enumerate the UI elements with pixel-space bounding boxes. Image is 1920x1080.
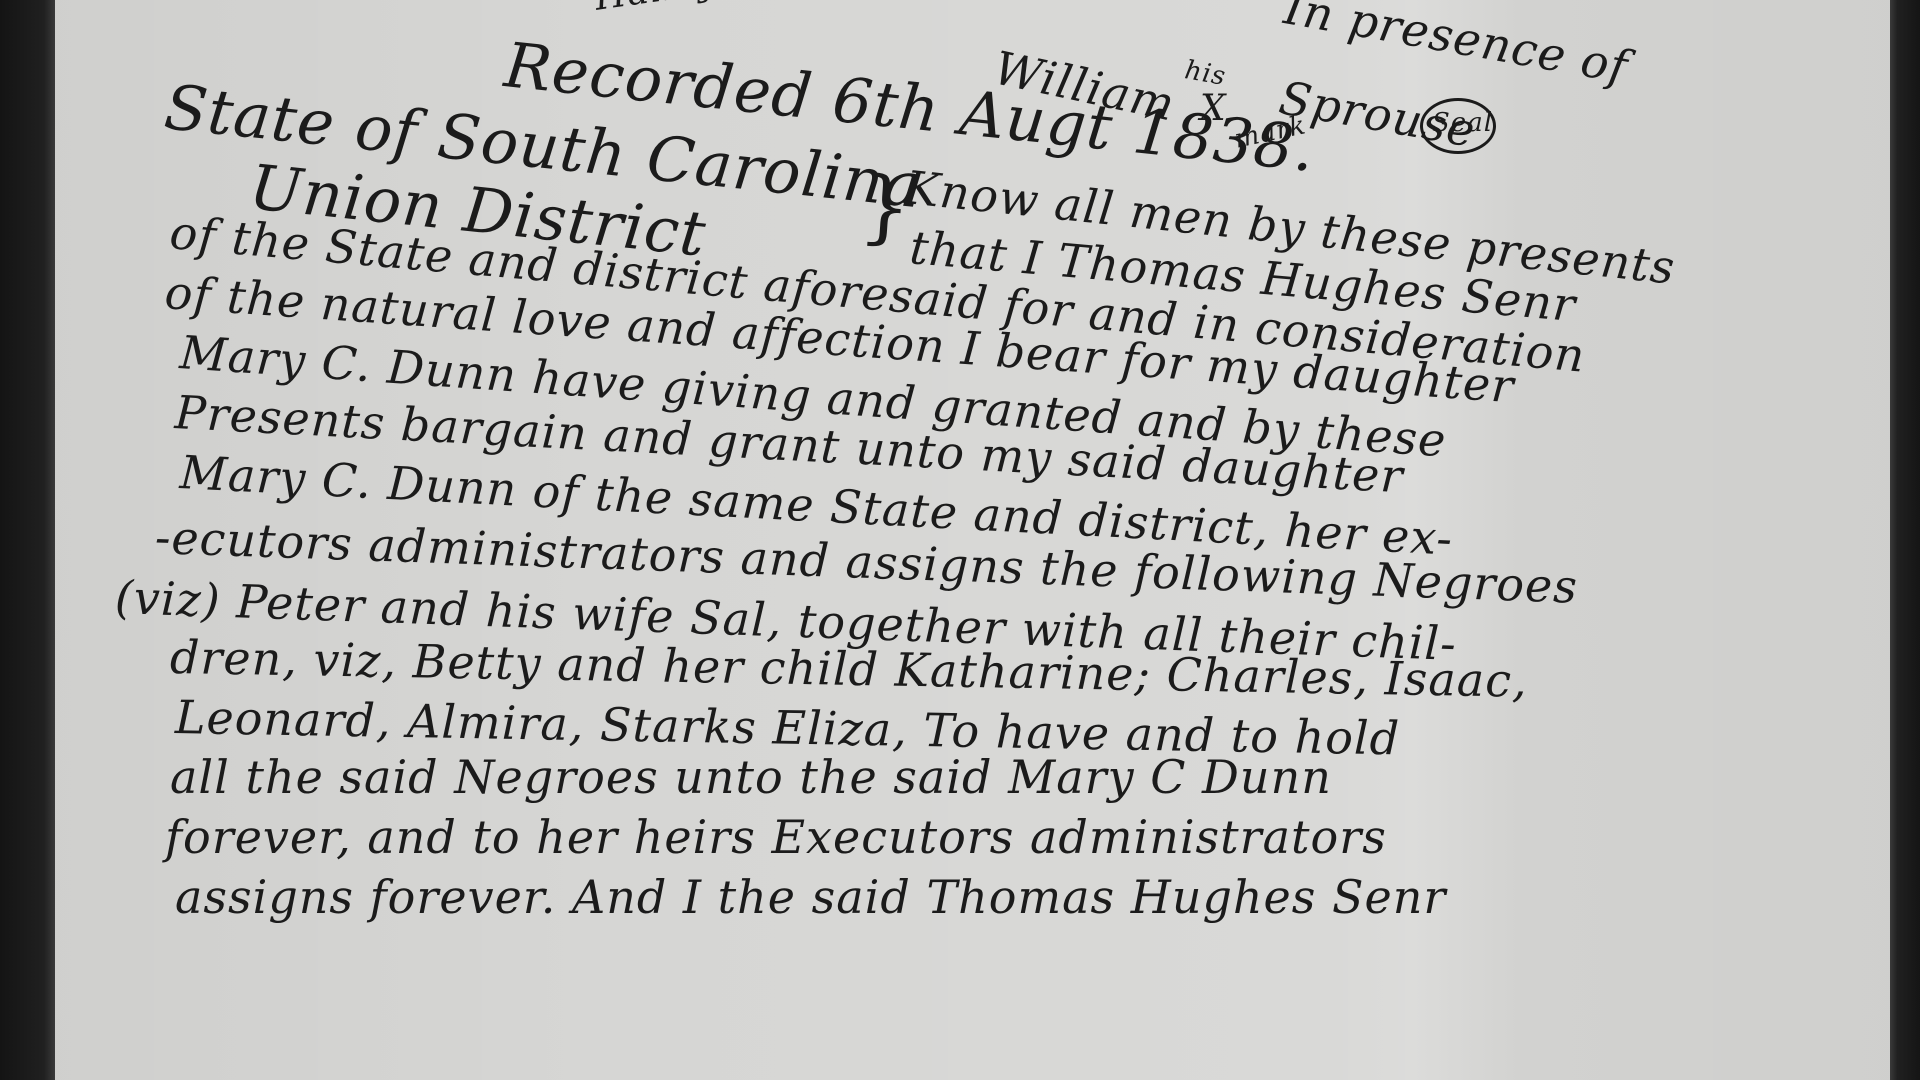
witness-his: his (1182, 55, 1228, 92)
document-page: Hailey In presence of William his X mark… (55, 0, 1890, 1080)
scan-frame-right (1890, 0, 1920, 1080)
body-line-13: forever, and to her heirs Executors admi… (165, 810, 1387, 864)
body-line-14: assigns forever. And I the said Thomas H… (175, 870, 1446, 924)
top-fragment-left: Hailey (592, 0, 720, 19)
scan-frame-left (0, 0, 55, 1080)
seal-label: Seal (1432, 108, 1493, 138)
body-line-12: all the said Negroes unto the said Mary … (170, 750, 1332, 804)
